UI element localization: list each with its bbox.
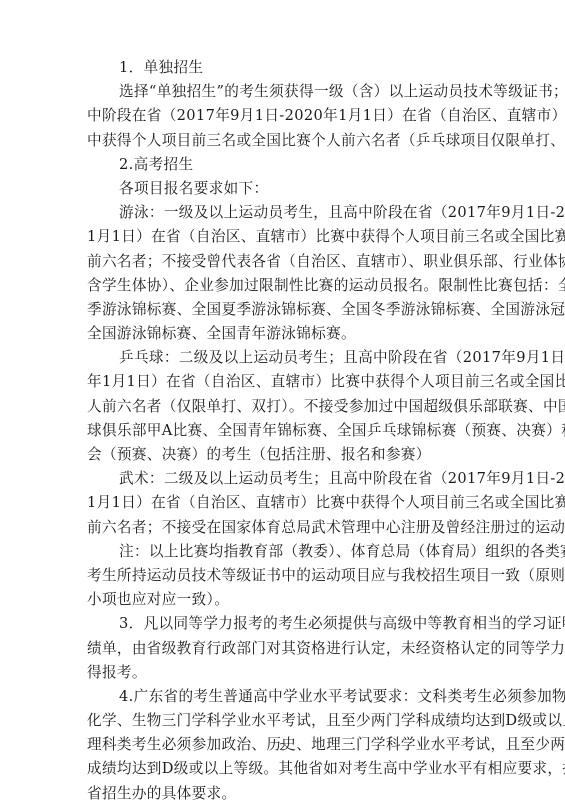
note-line: 注：以上比赛均指教育部（教委）、体育总局（体育局）组织的各类赛事。 [87, 540, 481, 564]
guangdong-requirement-line: 4.广东省的考生普通高中学业水平考试要求：文科类考生必须参加物理、 [87, 685, 481, 709]
heading-individual-admission: 1．单独招生 [87, 56, 481, 80]
document-body: 1．单独招生 选择“单独招生”的考生须获得一级（含）以上运动员技术等级证书；且高… [87, 56, 481, 800]
swimming-requirement-line: 季游泳锦标赛、全国夏季游泳锦标赛、全国冬季游泳锦标赛、全国游泳冠军赛、 [87, 298, 481, 322]
equivalent-education-line: 绩单，由省级教育行政部门对其资格进行认定，未经资格认定的同等学力考生不 [87, 637, 481, 661]
wushu-requirement-line: 武术：二级及以上运动员考生；且高中阶段在省（2017年9月1日-2020年 [87, 467, 481, 491]
equivalent-education-line: 得报考。 [87, 661, 481, 685]
table-tennis-requirement-line: 人前六名者（仅限单打、双打）。不接受参加过中国超级俱乐部联赛、中国乒乓 [87, 395, 481, 419]
wushu-requirement-line: 前六名者；不接受在国家体育总局武术管理中心注册及曾经注册过的运动员报名。 [87, 516, 481, 540]
page-number: 2 [0, 742, 565, 753]
swimming-requirement-line: 1月1日）在省（自治区、直辖市）比赛中获得个人项目前三名或全国比赛个人 [87, 225, 481, 249]
paragraph-line: 中阶段在省（2017年9月1日-2020年1月1日）在省（自治区、直辖市）比赛 [87, 104, 481, 128]
table-tennis-requirement-line: 会（预赛、决赛）的考生（包括注册、报名和参赛） [87, 443, 481, 467]
note-line: 考生所持运动员技术等级证书中的运动项目应与我校招生项目一致（原则上运动 [87, 564, 481, 588]
equivalent-education-line: 3．凡以同等学力报考的考生必须提供与高级中等教育相当的学习证明和成 [87, 612, 481, 636]
swimming-requirement-line: 全国游泳锦标赛、全国青年游泳锦标赛。 [87, 322, 481, 346]
swimming-requirement-line: 游泳：一级及以上运动员考生，且高中阶段在省（2017年9月1日-2020年 [87, 201, 481, 225]
guangdong-requirement-line: 省招生办的具体要求。 [87, 782, 481, 800]
swimming-requirement-line: 含学生体协）、企业参加过限制性比赛的运动员报名。限制性比赛包括：全国春 [87, 274, 481, 298]
paragraph-line: 各项目报名要求如下： [87, 177, 481, 201]
paragraph-line: 中获得个人项目前三名或全国比赛个人前六名者（乒乓球项目仅限单打、双打）。 [87, 129, 481, 153]
heading-gaokao-admission: 2.高考招生 [87, 153, 481, 177]
guangdong-requirement-line: 化学、生物三门学科学业水平考试，且至少两门学科成绩均达到D级或以上等级； [87, 709, 481, 733]
wushu-requirement-line: 1月1日）在省（自治区、直辖市）比赛中获得个人项目前三名或全国比赛个人 [87, 491, 481, 515]
table-tennis-requirement-line: 球俱乐部甲A比赛、全国青年锦标赛、全国乒乓球锦标赛（预赛、决赛）和全运 [87, 419, 481, 443]
note-line: 小项也应对应一致）。 [87, 588, 481, 612]
swimming-requirement-line: 前六名者；不接受曾代表各省（自治区、直辖市）、职业俱乐部、行业体协（不 [87, 250, 481, 274]
table-tennis-requirement-line: 乒乓球：二级及以上运动员考生；且高中阶段在省（2017年9月1日-2020 [87, 346, 481, 370]
paragraph-line: 选择“单独招生”的考生须获得一级（含）以上运动员技术等级证书；且高 [87, 80, 481, 104]
table-tennis-requirement-line: 年1月1日）在省（自治区、直辖市）比赛中获得个人项目前三名或全国比赛个 [87, 370, 481, 394]
guangdong-requirement-line: 成绩均达到D级或以上等级。其他省如对考生高中学业水平有相应要求，按所在 [87, 757, 481, 781]
